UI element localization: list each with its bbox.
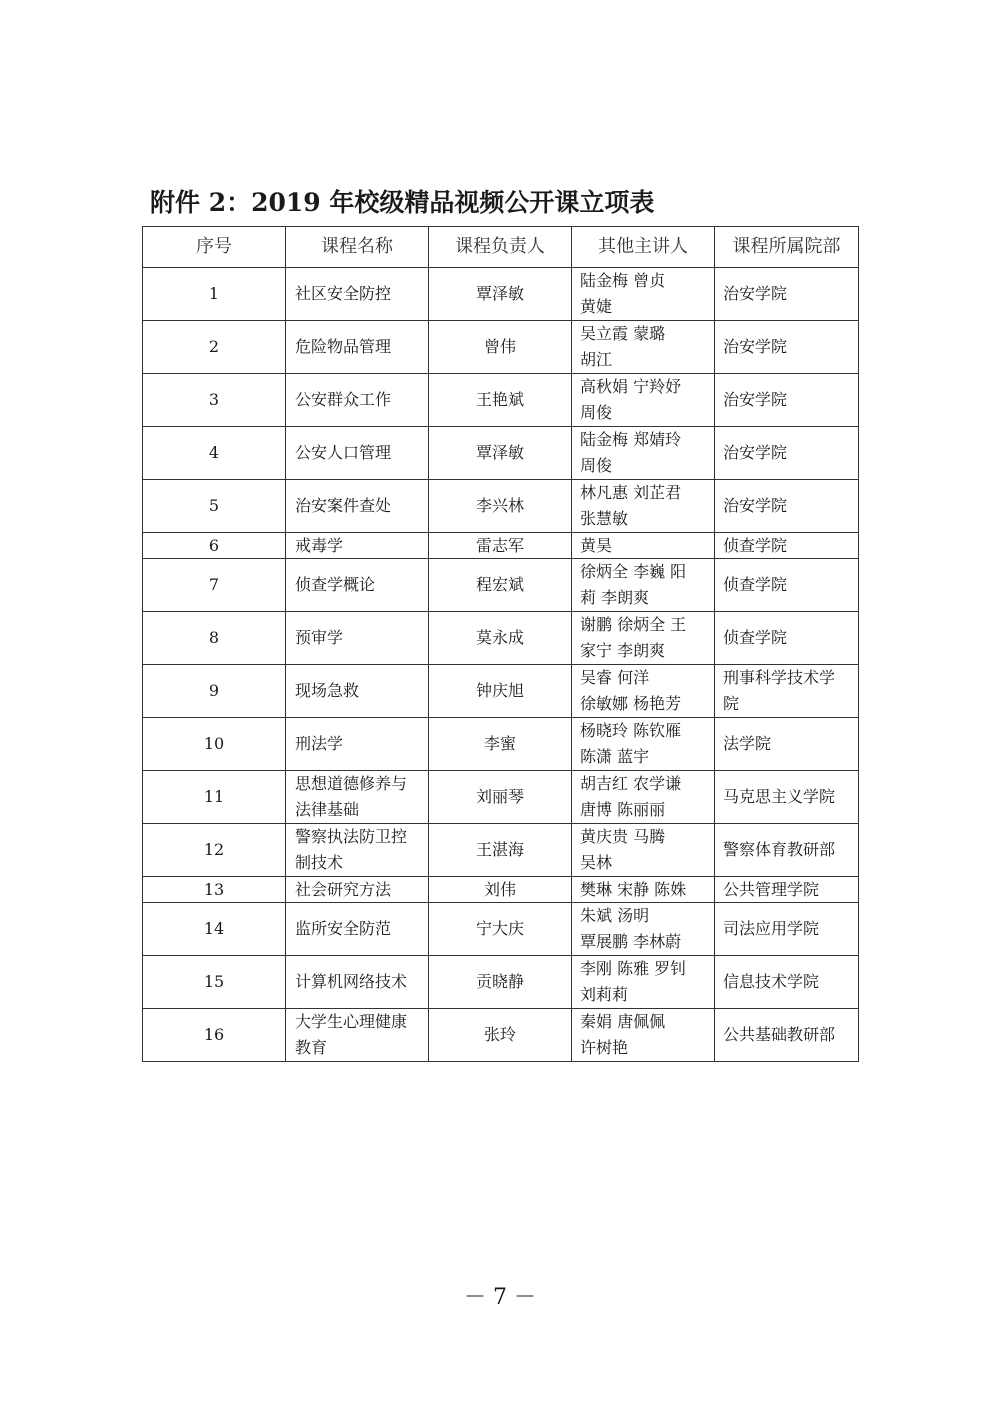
- cell-others: 朱斌 汤明覃展鹏 李林蔚: [572, 903, 715, 956]
- speaker-line: 陈潇 蓝宇: [580, 744, 706, 770]
- cell-lead: 程宏斌: [429, 559, 572, 612]
- cell-lead: 覃泽敏: [429, 427, 572, 480]
- header-dept: 课程所属院部: [715, 227, 859, 268]
- speaker-line: 家宁 李朗爽: [580, 638, 706, 664]
- speaker-line: 吴睿 何洋: [580, 665, 706, 691]
- page-number: － 7 －: [0, 1280, 1000, 1311]
- table-row: 9现场急救钟庆旭吴睿 何洋徐敏娜 杨艳芳刑事科学技术学院: [143, 665, 859, 718]
- table-row: 14监所安全防范宁大庆朱斌 汤明覃展鹏 李林蔚司法应用学院: [143, 903, 859, 956]
- cell-no: 3: [143, 374, 286, 427]
- cell-dept: 侦查学院: [715, 533, 859, 559]
- cell-course: 社区安全防控: [286, 268, 429, 321]
- cell-course: 危险物品管理: [286, 321, 429, 374]
- speaker-line: 徐炳全 李巍 阳: [580, 559, 706, 585]
- cell-no: 12: [143, 824, 286, 877]
- table-row: 11思想道德修养与法律基础刘丽琴胡吉红 农学谦唐博 陈丽丽马克思主义学院: [143, 771, 859, 824]
- cell-lead: 王艳斌: [429, 374, 572, 427]
- speaker-line: 黄庆贵 马腾: [580, 824, 706, 850]
- speaker-line: 谢鹏 徐炳全 王: [580, 612, 706, 638]
- cell-others: 吴睿 何洋徐敏娜 杨艳芳: [572, 665, 715, 718]
- cell-others: 杨晓玲 陈钦雁陈潇 蓝宇: [572, 718, 715, 771]
- cell-course: 治安案件查处: [286, 480, 429, 533]
- cell-course: 公安群众工作: [286, 374, 429, 427]
- cell-dept: 治安学院: [715, 427, 859, 480]
- cell-lead: 宁大庆: [429, 903, 572, 956]
- speaker-line: 胡江: [580, 347, 706, 373]
- cell-no: 6: [143, 533, 286, 559]
- speaker-line: 吴立霞 蒙璐: [580, 321, 706, 347]
- cell-dept: 治安学院: [715, 480, 859, 533]
- speaker-line: 杨晓玲 陈钦雁: [580, 718, 706, 744]
- table-row: 7侦查学概论程宏斌徐炳全 李巍 阳莉 李朗爽侦查学院: [143, 559, 859, 612]
- speaker-line: 李刚 陈雅 罗钊: [580, 956, 706, 982]
- speaker-line: 许树艳: [580, 1035, 706, 1061]
- cell-no: 5: [143, 480, 286, 533]
- cell-course: 刑法学: [286, 718, 429, 771]
- cell-dept: 司法应用学院: [715, 903, 859, 956]
- cell-no: 10: [143, 718, 286, 771]
- project-table: 序号 课程名称 课程负责人 其他主讲人 课程所属院部 1社区安全防控覃泽敏陆金梅…: [142, 226, 859, 1062]
- cell-dept: 法学院: [715, 718, 859, 771]
- cell-no: 2: [143, 321, 286, 374]
- speaker-line: 樊琳 宋静 陈姝: [580, 878, 706, 902]
- cell-dept: 信息技术学院: [715, 956, 859, 1009]
- header-lead: 课程负责人: [429, 227, 572, 268]
- cell-course: 戒毒学: [286, 533, 429, 559]
- cell-others: 秦娟 唐佩佩许树艳: [572, 1009, 715, 1062]
- cell-others: 林凡惠 刘芷君张慧敏: [572, 480, 715, 533]
- cell-no: 7: [143, 559, 286, 612]
- cell-others: 胡吉红 农学谦唐博 陈丽丽: [572, 771, 715, 824]
- cell-no: 8: [143, 612, 286, 665]
- cell-course: 社会研究方法: [286, 877, 429, 903]
- header-others: 其他主讲人: [572, 227, 715, 268]
- speaker-line: 胡吉红 农学谦: [580, 771, 706, 797]
- cell-no: 4: [143, 427, 286, 480]
- cell-lead: 钟庆旭: [429, 665, 572, 718]
- cell-course: 公安人口管理: [286, 427, 429, 480]
- table-row: 5治安案件查处李兴林林凡惠 刘芷君张慧敏治安学院: [143, 480, 859, 533]
- cell-no: 16: [143, 1009, 286, 1062]
- cell-course: 思想道德修养与法律基础: [286, 771, 429, 824]
- cell-lead: 覃泽敏: [429, 268, 572, 321]
- cell-lead: 曾伟: [429, 321, 572, 374]
- cell-lead: 刘丽琴: [429, 771, 572, 824]
- cell-no: 13: [143, 877, 286, 903]
- cell-dept: 警察体育教研部: [715, 824, 859, 877]
- speaker-line: 莉 李朗爽: [580, 585, 706, 611]
- table-row: 1社区安全防控覃泽敏陆金梅 曾贞黄婕治安学院: [143, 268, 859, 321]
- cell-others: 樊琳 宋静 陈姝: [572, 877, 715, 903]
- speaker-line: 朱斌 汤明: [580, 903, 706, 929]
- table-row: 3公安群众工作王艳斌高秋娟 宁羚妤周俊治安学院: [143, 374, 859, 427]
- speaker-line: 唐博 陈丽丽: [580, 797, 706, 823]
- table-row: 12警察执法防卫控制技术王湛海黄庆贵 马腾吴林警察体育教研部: [143, 824, 859, 877]
- cell-others: 李刚 陈雅 罗钊刘莉莉: [572, 956, 715, 1009]
- cell-course: 计算机网络技术: [286, 956, 429, 1009]
- cell-others: 高秋娟 宁羚妤周俊: [572, 374, 715, 427]
- cell-others: 徐炳全 李巍 阳莉 李朗爽: [572, 559, 715, 612]
- cell-dept: 马克思主义学院: [715, 771, 859, 824]
- table-body: 1社区安全防控覃泽敏陆金梅 曾贞黄婕治安学院2危险物品管理曾伟吴立霞 蒙璐胡江治…: [143, 268, 859, 1062]
- cell-others: 吴立霞 蒙璐胡江: [572, 321, 715, 374]
- cell-lead: 雷志军: [429, 533, 572, 559]
- cell-dept: 治安学院: [715, 374, 859, 427]
- table-row: 13社会研究方法刘伟樊琳 宋静 陈姝公共管理学院: [143, 877, 859, 903]
- cell-course: 警察执法防卫控制技术: [286, 824, 429, 877]
- cell-lead: 张玲: [429, 1009, 572, 1062]
- table-row: 10刑法学李蜜杨晓玲 陈钦雁陈潇 蓝宇法学院: [143, 718, 859, 771]
- speaker-line: 徐敏娜 杨艳芳: [580, 691, 706, 717]
- table-row: 16大学生心理健康教育张玲秦娟 唐佩佩许树艳公共基础教研部: [143, 1009, 859, 1062]
- cell-dept: 侦查学院: [715, 612, 859, 665]
- speaker-line: 高秋娟 宁羚妤: [580, 374, 706, 400]
- cell-course: 侦查学概论: [286, 559, 429, 612]
- cell-no: 14: [143, 903, 286, 956]
- cell-lead: 刘伟: [429, 877, 572, 903]
- cell-dept: 治安学院: [715, 321, 859, 374]
- cell-lead: 贡晓静: [429, 956, 572, 1009]
- speaker-line: 周俊: [580, 400, 706, 426]
- cell-others: 陆金梅 曾贞黄婕: [572, 268, 715, 321]
- cell-lead: 李兴林: [429, 480, 572, 533]
- cell-others: 黄庆贵 马腾吴林: [572, 824, 715, 877]
- cell-others: 黄昊: [572, 533, 715, 559]
- speaker-line: 林凡惠 刘芷君: [580, 480, 706, 506]
- cell-course: 现场急救: [286, 665, 429, 718]
- cell-no: 1: [143, 268, 286, 321]
- speaker-line: 周俊: [580, 453, 706, 479]
- cell-others: 谢鹏 徐炳全 王家宁 李朗爽: [572, 612, 715, 665]
- speaker-line: 黄昊: [580, 534, 706, 558]
- table-row: 2危险物品管理曾伟吴立霞 蒙璐胡江治安学院: [143, 321, 859, 374]
- cell-dept: 侦查学院: [715, 559, 859, 612]
- table-row: 15计算机网络技术贡晓静李刚 陈雅 罗钊刘莉莉信息技术学院: [143, 956, 859, 1009]
- cell-course: 监所安全防范: [286, 903, 429, 956]
- table-row: 6戒毒学雷志军黄昊侦查学院: [143, 533, 859, 559]
- header-course: 课程名称: [286, 227, 429, 268]
- speaker-line: 张慧敏: [580, 506, 706, 532]
- cell-no: 9: [143, 665, 286, 718]
- speaker-line: 覃展鹏 李林蔚: [580, 929, 706, 955]
- cell-dept: 刑事科学技术学院: [715, 665, 859, 718]
- speaker-line: 吴林: [580, 850, 706, 876]
- speaker-line: 陆金梅 郑婧玲: [580, 427, 706, 453]
- table-row: 8预审学莫永成谢鹏 徐炳全 王家宁 李朗爽侦查学院: [143, 612, 859, 665]
- cell-course: 大学生心理健康教育: [286, 1009, 429, 1062]
- cell-no: 15: [143, 956, 286, 1009]
- cell-dept: 公共基础教研部: [715, 1009, 859, 1062]
- header-no: 序号: [143, 227, 286, 268]
- cell-dept: 治安学院: [715, 268, 859, 321]
- document-title: 附件 2：2019 年校级精品视频公开课立项表: [150, 183, 654, 219]
- speaker-line: 刘莉莉: [580, 982, 706, 1008]
- cell-dept: 公共管理学院: [715, 877, 859, 903]
- table-header-row: 序号 课程名称 课程负责人 其他主讲人 课程所属院部: [143, 227, 859, 268]
- speaker-line: 秦娟 唐佩佩: [580, 1009, 706, 1035]
- cell-lead: 王湛海: [429, 824, 572, 877]
- cell-lead: 莫永成: [429, 612, 572, 665]
- cell-course: 预审学: [286, 612, 429, 665]
- speaker-line: 黄婕: [580, 294, 706, 320]
- speaker-line: 陆金梅 曾贞: [580, 268, 706, 294]
- cell-no: 11: [143, 771, 286, 824]
- cell-others: 陆金梅 郑婧玲周俊: [572, 427, 715, 480]
- cell-lead: 李蜜: [429, 718, 572, 771]
- table-row: 4公安人口管理覃泽敏陆金梅 郑婧玲周俊治安学院: [143, 427, 859, 480]
